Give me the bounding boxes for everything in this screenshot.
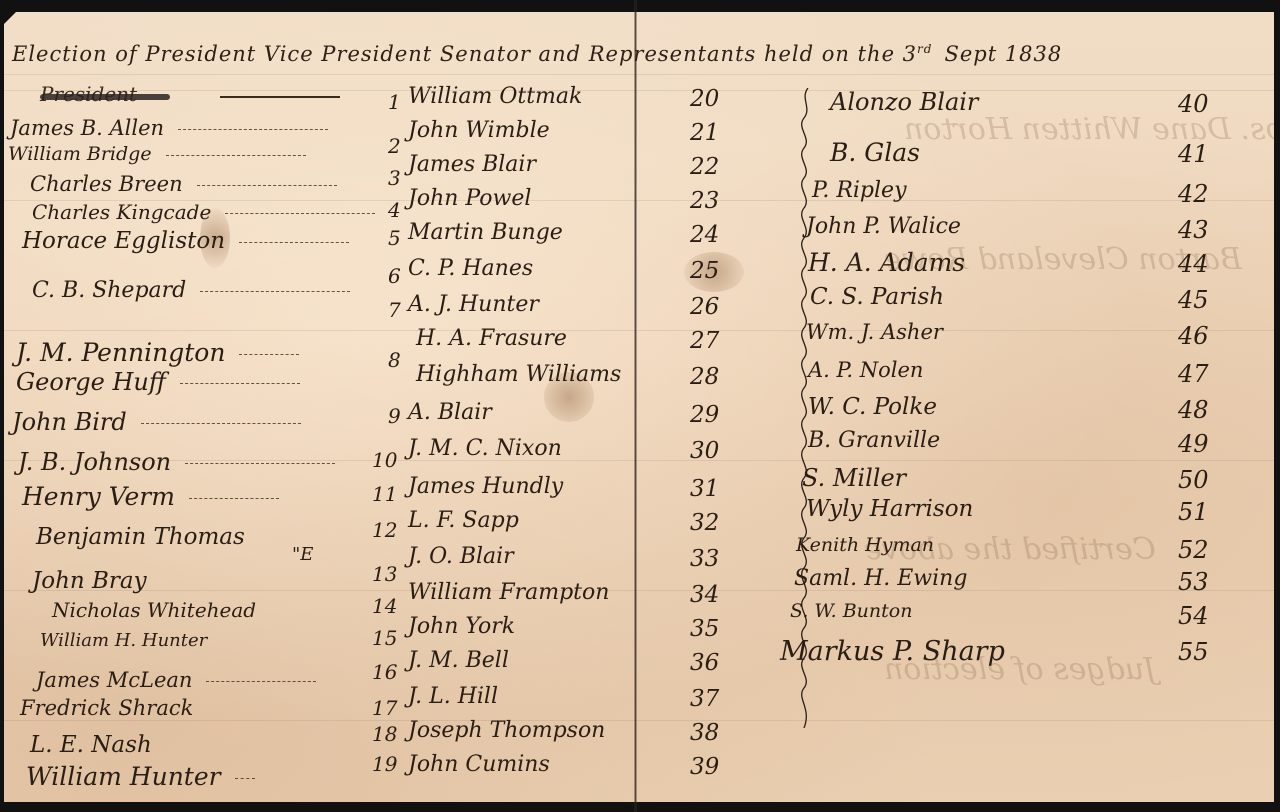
voter-name: A. J. Hunter [408, 292, 539, 317]
voter-row: George Huff [16, 368, 300, 396]
tally-number: 41 [1178, 140, 1209, 168]
voter-row: William H. Hunter [40, 630, 207, 651]
tally-number: 43 [1178, 216, 1209, 244]
voter-name: Fredrick Shrack [20, 696, 193, 720]
entry-number: 8 [388, 348, 401, 372]
voter-name: J. L. Hill [408, 684, 498, 709]
voter-row: H. A. Adams [808, 248, 965, 277]
tally-number: 28 [690, 364, 719, 390]
voter-row: William Bridge [8, 143, 306, 165]
tally-number: 51 [1178, 498, 1209, 526]
dash-leader [239, 354, 299, 355]
dash-leader [185, 463, 335, 464]
voter-name: H. A. Frasure [416, 326, 567, 351]
tally-number: 21 [690, 120, 719, 146]
ruled-line [4, 330, 1274, 331]
voter-name: P. Ripley [812, 178, 907, 203]
ruled-line [4, 74, 1274, 75]
voter-row: Wm. J. Asher [806, 320, 943, 344]
tally-number: 44 [1178, 250, 1209, 278]
dash-leader [197, 185, 337, 186]
voter-row: A. Blair [408, 400, 492, 425]
voter-row: James B. Allen [10, 116, 328, 140]
entry-number: 15 [372, 626, 397, 650]
voter-row: James Blair [408, 152, 536, 177]
entry-number: 7 [388, 298, 401, 322]
dash-leader [225, 213, 375, 214]
title-heading: Election of President Vice President Sen… [12, 42, 917, 66]
dash-leader [206, 681, 316, 682]
voter-row: A. P. Nolen [808, 358, 923, 382]
tally-number: 22 [690, 154, 719, 180]
voter-name: J. O. Blair [408, 544, 514, 569]
voter-row: L. E. Nash [30, 732, 152, 758]
dash-leader [180, 383, 300, 384]
tally-number: 26 [690, 294, 719, 320]
voter-name: James B. Allen [10, 116, 164, 140]
voter-row: Kenith Hyman [796, 534, 934, 556]
voter-name: A. P. Nolen [808, 358, 923, 382]
tally-number: 47 [1178, 360, 1209, 388]
title-superscript: rd [917, 42, 932, 56]
entry-number: 11 [372, 482, 397, 506]
tally-number: 35 [690, 616, 719, 642]
entry-number: 1 [388, 90, 401, 114]
voter-name: C. S. Parish [810, 284, 944, 310]
voter-name: Horace Eggliston [22, 228, 225, 254]
voter-name: Charles Breen [30, 172, 183, 196]
entry-number: 3 [388, 166, 401, 190]
voter-row: C. P. Hanes [408, 256, 533, 281]
tally-number: 31 [690, 476, 719, 502]
voter-name: S. Miller [802, 464, 906, 492]
margin-note: "E [292, 544, 313, 565]
tally-number: 27 [690, 328, 719, 354]
voter-row: John P. Walice [806, 214, 961, 239]
entry-number: 17 [372, 696, 397, 720]
entry-number: 19 [372, 752, 397, 776]
voter-name: John York [408, 614, 515, 639]
voter-row: Fredrick Shrack [20, 696, 193, 720]
voter-name: John Cumins [408, 752, 550, 777]
voter-name: William H. Hunter [40, 630, 207, 651]
ruled-line [4, 90, 1274, 91]
voter-row: William Ottmak [408, 84, 582, 109]
tally-number: 24 [690, 222, 719, 248]
voter-row: Charles Breen [30, 172, 337, 196]
voter-name: Highham Williams [416, 362, 621, 387]
tally-number: 45 [1178, 286, 1209, 314]
voter-name: S. W. Bunton [790, 600, 912, 622]
voter-row: Wyly Harrison [806, 496, 973, 522]
voter-name: Charles Kingcade [32, 200, 211, 224]
voter-name: James McLean [36, 668, 192, 692]
entry-number: 2 [388, 134, 401, 158]
entry-number: 6 [388, 264, 401, 288]
voter-row: Alonzo Blair [830, 88, 978, 116]
page-fold-line [634, 0, 637, 812]
entry-number: 14 [372, 594, 397, 618]
voter-row: J. L. Hill [408, 684, 498, 709]
voter-row: Henry Verm [22, 482, 279, 511]
voter-name: J. M. Pennington [16, 338, 225, 367]
voter-name: Saml. H. Ewing [794, 566, 967, 591]
voter-row: John Powel [408, 186, 531, 211]
voter-name: John P. Walice [806, 214, 961, 239]
voter-name: Kenith Hyman [796, 534, 934, 556]
voter-row: Charles Kingcade [32, 200, 375, 224]
voter-name: Joseph Thompson [408, 718, 605, 743]
voter-name: J. B. Johnson [18, 448, 171, 476]
voter-row: Nicholas Whitehead [52, 598, 256, 622]
voter-row: John Bray [32, 568, 147, 594]
voter-name: James Blair [408, 152, 536, 177]
entry-number: 10 [372, 448, 397, 472]
voter-name: George Huff [16, 368, 166, 396]
tally-number: 39 [690, 754, 719, 780]
struck-header: President [40, 86, 180, 106]
tally-number: 36 [690, 650, 719, 676]
tally-number: 48 [1178, 396, 1209, 424]
tally-number: 54 [1178, 602, 1209, 630]
voter-name: John Powel [408, 186, 531, 211]
strikethrough-mark [40, 94, 170, 100]
voter-row: Highham Williams [416, 362, 621, 387]
voter-row: A. J. Hunter [408, 292, 539, 317]
ruled-line [4, 720, 1274, 721]
tally-number: 46 [1178, 322, 1209, 350]
tally-number: 23 [690, 188, 719, 214]
dash-leader [239, 242, 349, 243]
voter-row: Martin Bunge [408, 220, 563, 245]
tally-number: 52 [1178, 536, 1209, 564]
voter-name: William Frampton [408, 580, 609, 605]
document-title: Election of President Vice President Sen… [12, 42, 1272, 66]
voter-row: John Wimble [408, 118, 550, 143]
voter-row: Benjamin Thomas [36, 524, 245, 550]
voter-row: C. B. Shepard [32, 278, 350, 303]
voter-row: Horace Eggliston [22, 228, 349, 254]
voter-row: J. M. Pennington [16, 338, 299, 367]
voter-name: C. P. Hanes [408, 256, 533, 281]
voter-name: J. M. C. Nixon [408, 436, 562, 461]
tally-number: 30 [690, 438, 719, 464]
voter-name: Nicholas Whitehead [52, 598, 256, 622]
dash-leader [235, 778, 255, 779]
dash-leader [178, 129, 328, 130]
tally-number: 25 [690, 258, 719, 284]
voter-name: L. F. Sapp [408, 508, 519, 533]
voter-row: William Hunter [26, 762, 255, 791]
voter-name: W. C. Polke [808, 394, 937, 420]
voter-row: John Bird [12, 408, 301, 436]
tally-number: 38 [690, 720, 719, 746]
tally-number: 33 [690, 546, 719, 572]
tally-number: 29 [690, 402, 719, 428]
voter-row: B. Granville [808, 428, 940, 453]
voter-row: J. M. C. Nixon [408, 436, 562, 461]
ruled-line [4, 590, 1274, 591]
tally-number: 50 [1178, 466, 1209, 494]
tally-number: 34 [690, 582, 719, 608]
entry-number: 5 [388, 226, 401, 250]
voter-name: Alonzo Blair [830, 88, 978, 116]
entry-number: 12 [372, 518, 397, 542]
voter-name: William Hunter [26, 762, 221, 791]
voter-row: S. W. Bunton [790, 600, 912, 622]
voter-name: L. E. Nash [30, 732, 152, 758]
dash-line [220, 96, 340, 98]
voter-row: John York [408, 614, 515, 639]
voter-name: J. M. Bell [408, 648, 509, 673]
voter-row: B. Glas [830, 138, 920, 167]
voter-name: William Ottmak [408, 84, 582, 109]
voter-name: C. B. Shepard [32, 278, 186, 303]
entry-number: 18 [372, 722, 397, 746]
voter-name: B. Glas [830, 138, 920, 167]
dash-leader [189, 498, 279, 499]
voter-name: William Bridge [8, 143, 152, 165]
voter-name: Henry Verm [22, 482, 175, 511]
tally-number: 37 [690, 686, 719, 712]
tally-number: 32 [690, 510, 719, 536]
voter-name: Wyly Harrison [806, 496, 973, 522]
voter-name: Markus P. Sharp [780, 636, 1005, 667]
voter-row: James Hundly [408, 474, 563, 499]
tally-number: 40 [1178, 90, 1209, 118]
entry-number: 4 [388, 198, 401, 222]
voter-row: John Cumins [408, 752, 550, 777]
voter-row: William Frampton [408, 580, 609, 605]
dash-leader [200, 291, 350, 292]
voter-name: John Bird [12, 408, 127, 436]
voter-name: Wm. J. Asher [806, 320, 943, 344]
dash-leader [141, 423, 301, 424]
dash-leader [166, 155, 306, 156]
voter-row: J. O. Blair [408, 544, 514, 569]
voter-name: B. Granville [808, 428, 940, 453]
voter-name: Benjamin Thomas [36, 524, 245, 550]
tally-number: 20 [690, 86, 719, 112]
voter-row: H. A. Frasure [416, 326, 567, 351]
voter-row: P. Ripley [812, 178, 907, 203]
voter-row: C. S. Parish [810, 284, 944, 310]
voter-row: Markus P. Sharp [780, 636, 1005, 667]
voter-name: H. A. Adams [808, 248, 965, 277]
tally-number: 53 [1178, 568, 1209, 596]
tally-number: 55 [1178, 638, 1209, 666]
title-date: Sept 1838 [944, 42, 1062, 66]
voter-name: A. Blair [408, 400, 492, 425]
voter-row: James McLean [36, 668, 316, 692]
entry-number: 9 [388, 404, 401, 428]
voter-row: S. Miller [802, 464, 906, 492]
bleed-through-text: Jos. Dane Whitten Horton [904, 112, 1280, 147]
voter-row: L. F. Sapp [408, 508, 519, 533]
voter-name: James Hundly [408, 474, 563, 499]
entry-number: 13 [372, 562, 397, 586]
tally-number: 49 [1178, 430, 1209, 458]
voter-row: J. B. Johnson [18, 448, 335, 476]
voter-row: Saml. H. Ewing [794, 566, 967, 591]
voter-row: W. C. Polke [808, 394, 937, 420]
entry-number: 16 [372, 660, 397, 684]
voter-name: John Bray [32, 568, 147, 594]
tally-number: 42 [1178, 180, 1209, 208]
voter-name: Martin Bunge [408, 220, 563, 245]
voter-row: Joseph Thompson [408, 718, 605, 743]
voter-name: John Wimble [408, 118, 550, 143]
voter-row: J. M. Bell [408, 648, 509, 673]
